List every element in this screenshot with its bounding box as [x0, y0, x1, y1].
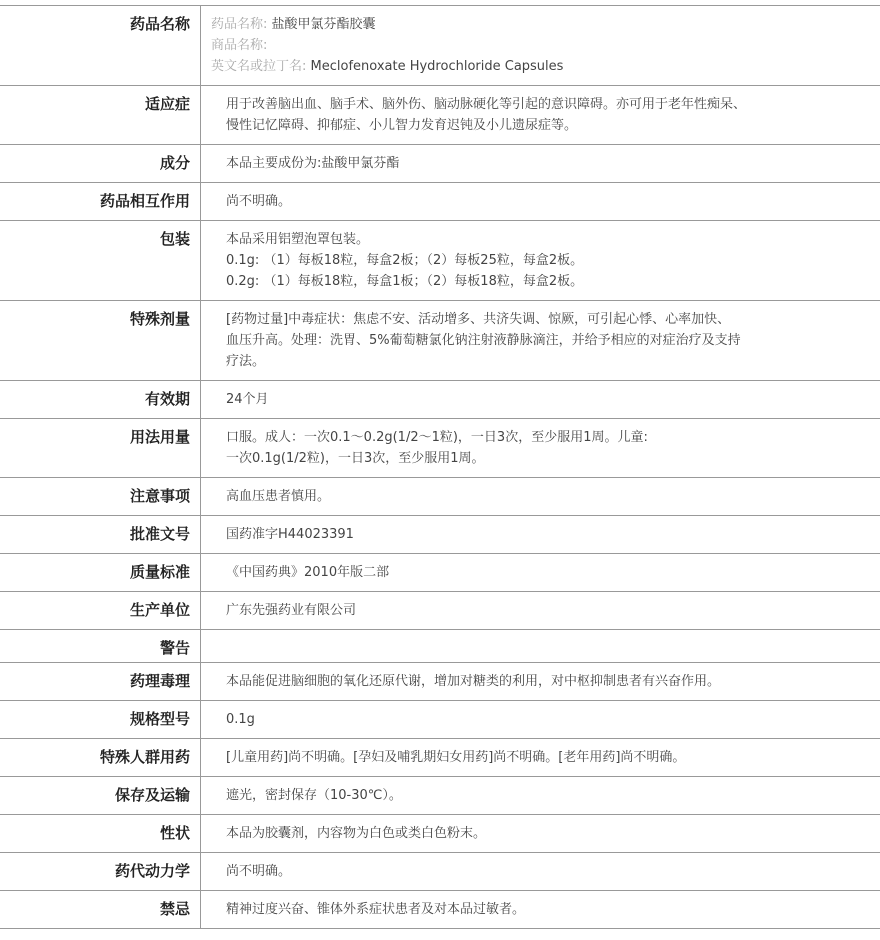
- value-line: 本品主要成份为:盐酸甲氯芬酯: [226, 153, 870, 174]
- value-line: 慢性记忆障碍、抑郁症、小儿智力发育迟钝及小儿遗尿症等。: [226, 115, 870, 136]
- value-line: 国药准字H44023391: [226, 524, 870, 545]
- row-value: 遮光，密封保存（10-30℃）。: [201, 777, 880, 815]
- generic-name-value: 盐酸甲氯芬酯胶囊: [272, 17, 376, 32]
- row-value: 精神过度兴奋、锥体外系症状患者及对本品过敏者。: [201, 891, 880, 929]
- table-row: 包装本品采用铝塑泡罩包装。0.1g: （1）每板18粒，每盒2板；（2）每板25…: [0, 221, 880, 301]
- table-row: 适应症用于改善脑出血、脑手术、脑外伤、脑动脉硬化等引起的意识障碍。亦可用于老年性…: [0, 86, 880, 145]
- value-line: [儿童用药]尚不明确。[孕妇及哺乳期妇女用药]尚不明确。[老年用药]尚不明确。: [226, 747, 870, 768]
- generic-name-label: 药品名称:: [211, 17, 267, 32]
- value-line: 一次0.1g(1/2粒)，一日3次，至少服用1周。: [226, 448, 870, 469]
- row-label: 包装: [0, 221, 201, 301]
- table-row: 药代动力学尚不明确。: [0, 853, 880, 891]
- row-value: 药品名称: 盐酸甲氯芬酯胶囊 商品名称: 英文名或拉丁名: Meclofenox…: [201, 6, 880, 86]
- value-line: 精神过度兴奋、锥体外系症状患者及对本品过敏者。: [226, 899, 870, 920]
- drug-info-table: 药品名称 药品名称: 盐酸甲氯芬酯胶囊 商品名称: 英文名或拉丁名: Meclo…: [0, 5, 880, 929]
- row-label: 有效期: [0, 381, 201, 419]
- row-label: 批准文号: [0, 516, 201, 554]
- value-line: [药物过量]中毒症状：焦虑不安、活动增多、共济失调、惊厥，可引起心悸、心率加快、: [226, 309, 870, 330]
- row-value: 本品为胶囊剂，内容物为白色或类白色粉末。: [201, 815, 880, 853]
- table-row: 有效期24个月: [0, 381, 880, 419]
- table-row: 规格型号0.1g: [0, 701, 880, 739]
- row-label: 药理毒理: [0, 663, 201, 701]
- row-value: [201, 630, 880, 663]
- value-line: 《中国药典》2010年版二部: [226, 562, 870, 583]
- row-label: 质量标准: [0, 554, 201, 592]
- row-value: [药物过量]中毒症状：焦虑不安、活动增多、共济失调、惊厥，可引起心悸、心率加快、…: [201, 301, 880, 381]
- table-row: 注意事项高血压患者慎用。: [0, 478, 880, 516]
- row-label: 规格型号: [0, 701, 201, 739]
- table-row: 用法用量口服。成人：一次0.1～0.2g(1/2～1粒)，一日3次，至少服用1周…: [0, 419, 880, 478]
- row-label: 特殊剂量: [0, 301, 201, 381]
- row-label: 禁忌: [0, 891, 201, 929]
- table-row: 批准文号国药准字H44023391: [0, 516, 880, 554]
- table-row: 保存及运输遮光，密封保存（10-30℃）。: [0, 777, 880, 815]
- value-line: 24个月: [226, 389, 870, 410]
- value-line: 0.1g: （1）每板18粒，每盒2板；（2）每板25粒，每盒2板。: [226, 250, 870, 271]
- row-label: 特殊人群用药: [0, 739, 201, 777]
- row-label: 生产单位: [0, 592, 201, 630]
- table-row: 生产单位广东先强药业有限公司: [0, 592, 880, 630]
- row-value: 国药准字H44023391: [201, 516, 880, 554]
- row-value: 尚不明确。: [201, 853, 880, 891]
- value-line: 用于改善脑出血、脑手术、脑外伤、脑动脉硬化等引起的意识障碍。亦可用于老年性痴呆、: [226, 94, 870, 115]
- table-row: 性状本品为胶囊剂，内容物为白色或类白色粉末。: [0, 815, 880, 853]
- row-label: 药代动力学: [0, 853, 201, 891]
- english-name-value: Meclofenoxate Hydrochloride Capsules: [311, 59, 564, 74]
- value-line: 广东先强药业有限公司: [226, 600, 870, 621]
- value-line: 尚不明确。: [226, 861, 870, 882]
- trade-name-label: 商品名称:: [211, 38, 267, 53]
- value-line: 0.2g: （1）每板18粒，每盒1板；（2）每板18粒，每盒2板。: [226, 271, 870, 292]
- table-row: 药品相互作用尚不明确。: [0, 183, 880, 221]
- value-line: 本品采用铝塑泡罩包装。: [226, 229, 870, 250]
- value-line: 口服。成人：一次0.1～0.2g(1/2～1粒)，一日3次，至少服用1周。儿童:: [226, 427, 870, 448]
- table-row: 特殊剂量[药物过量]中毒症状：焦虑不安、活动增多、共济失调、惊厥，可引起心悸、心…: [0, 301, 880, 381]
- row-value: 24个月: [201, 381, 880, 419]
- row-value: 尚不明确。: [201, 183, 880, 221]
- table-row: 警告: [0, 630, 880, 663]
- value-line: 本品为胶囊剂，内容物为白色或类白色粉末。: [226, 823, 870, 844]
- table-row-drug-name: 药品名称 药品名称: 盐酸甲氯芬酯胶囊 商品名称: 英文名或拉丁名: Meclo…: [0, 6, 880, 86]
- row-value: 广东先强药业有限公司: [201, 592, 880, 630]
- value-line: 血压升高。处理：洗胃、5%葡萄糖氯化钠注射液静脉滴注，并给予相应的对症治疗及支持: [226, 330, 870, 351]
- row-label: 药品相互作用: [0, 183, 201, 221]
- table-row: 药理毒理本品能促进脑细胞的氧化还原代谢，增加对糖类的利用，对中枢抑制患者有兴奋作…: [0, 663, 880, 701]
- row-label: 警告: [0, 630, 201, 663]
- english-name-label: 英文名或拉丁名:: [211, 59, 306, 74]
- row-label: 注意事项: [0, 478, 201, 516]
- row-label: 成分: [0, 145, 201, 183]
- row-value: 高血压患者慎用。: [201, 478, 880, 516]
- value-line: 尚不明确。: [226, 191, 870, 212]
- table-row: 特殊人群用药[儿童用药]尚不明确。[孕妇及哺乳期妇女用药]尚不明确。[老年用药]…: [0, 739, 880, 777]
- value-line: 0.1g: [226, 709, 870, 730]
- row-value: 本品采用铝塑泡罩包装。0.1g: （1）每板18粒，每盒2板；（2）每板25粒，…: [201, 221, 880, 301]
- value-line: 高血压患者慎用。: [226, 486, 870, 507]
- row-label: 用法用量: [0, 419, 201, 478]
- row-label: 性状: [0, 815, 201, 853]
- row-value: 《中国药典》2010年版二部: [201, 554, 880, 592]
- row-label: 适应症: [0, 86, 201, 145]
- row-label: 药品名称: [0, 6, 201, 86]
- row-label: 保存及运输: [0, 777, 201, 815]
- row-value: 口服。成人：一次0.1～0.2g(1/2～1粒)，一日3次，至少服用1周。儿童:…: [201, 419, 880, 478]
- row-value: 用于改善脑出血、脑手术、脑外伤、脑动脉硬化等引起的意识障碍。亦可用于老年性痴呆、…: [201, 86, 880, 145]
- row-value: 本品能促进脑细胞的氧化还原代谢，增加对糖类的利用，对中枢抑制患者有兴奋作用。: [201, 663, 880, 701]
- table-row: 质量标准《中国药典》2010年版二部: [0, 554, 880, 592]
- row-value: 0.1g: [201, 701, 880, 739]
- row-value: [儿童用药]尚不明确。[孕妇及哺乳期妇女用药]尚不明确。[老年用药]尚不明确。: [201, 739, 880, 777]
- value-line: 疗法。: [226, 351, 870, 372]
- value-line: 本品能促进脑细胞的氧化还原代谢，增加对糖类的利用，对中枢抑制患者有兴奋作用。: [226, 671, 870, 692]
- table-row: 禁忌精神过度兴奋、锥体外系症状患者及对本品过敏者。: [0, 891, 880, 929]
- row-value: 本品主要成份为:盐酸甲氯芬酯: [201, 145, 880, 183]
- table-row: 成分本品主要成份为:盐酸甲氯芬酯: [0, 145, 880, 183]
- value-line: 遮光，密封保存（10-30℃）。: [226, 785, 870, 806]
